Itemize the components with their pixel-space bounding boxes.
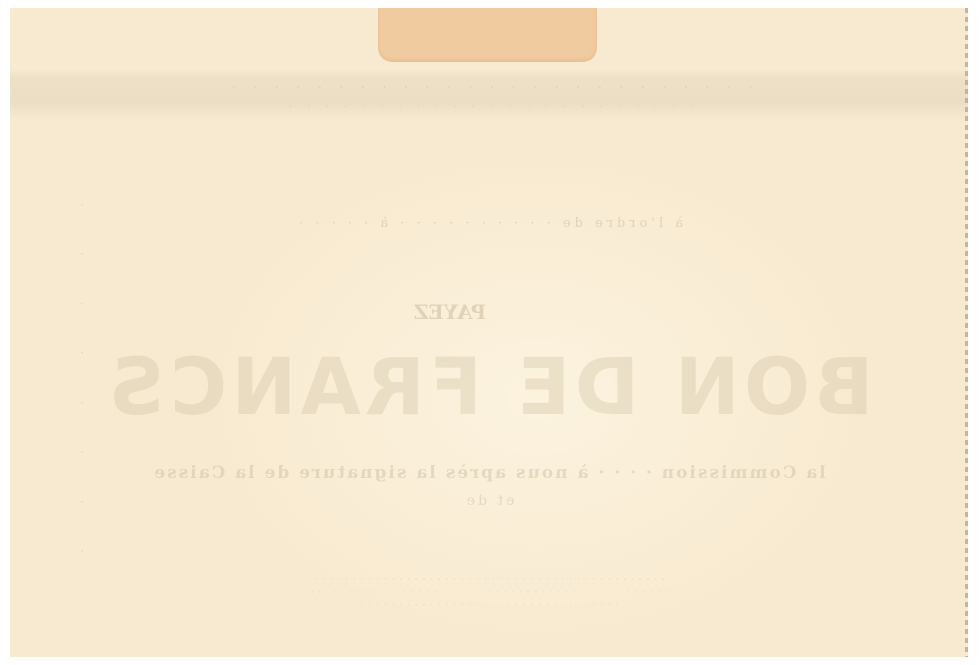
bleed-title: BON DE FRANCS — [10, 343, 968, 433]
margin-mark: · — [80, 297, 120, 311]
bleed-fine-print-2: · · · · · · · · · · · · · · · · · · · · … — [10, 588, 968, 598]
bleed-top-band-2: · · · · · · · · · · · · · · · · · · · · … — [10, 100, 968, 115]
tape-patch — [378, 8, 597, 62]
bleed-fine-print-3: · · · · · · · · · · · · · · · · · · · · … — [10, 601, 968, 611]
margin-mark: · — [80, 495, 120, 509]
margin-marks: · · · · · · · · — [80, 198, 120, 558]
margin-mark: · — [80, 445, 120, 459]
margin-mark: · — [80, 247, 120, 261]
bleed-line-sub: et de — [10, 493, 968, 509]
paper-sheet: · · · · · · · · · · · · · · · · · · · · … — [10, 8, 968, 657]
bleed-fine-print-1: · · · · · · · · · · · · · · · · · · · · … — [10, 575, 968, 585]
margin-mark: · — [80, 198, 120, 212]
bleed-line-ordre: à l'ordre de · · · · · · · · · · à · · ·… — [10, 216, 968, 231]
margin-mark: · — [80, 544, 120, 558]
bleed-top-band-1: · · · · · · · · · · · · · · · · · · · · … — [10, 78, 968, 96]
bleed-line-commission: la Commission · · · · à nous après la si… — [10, 463, 968, 483]
margin-mark: · — [80, 346, 120, 360]
margin-mark: · — [80, 396, 120, 410]
bleed-payez: PAYEZ — [10, 300, 890, 324]
